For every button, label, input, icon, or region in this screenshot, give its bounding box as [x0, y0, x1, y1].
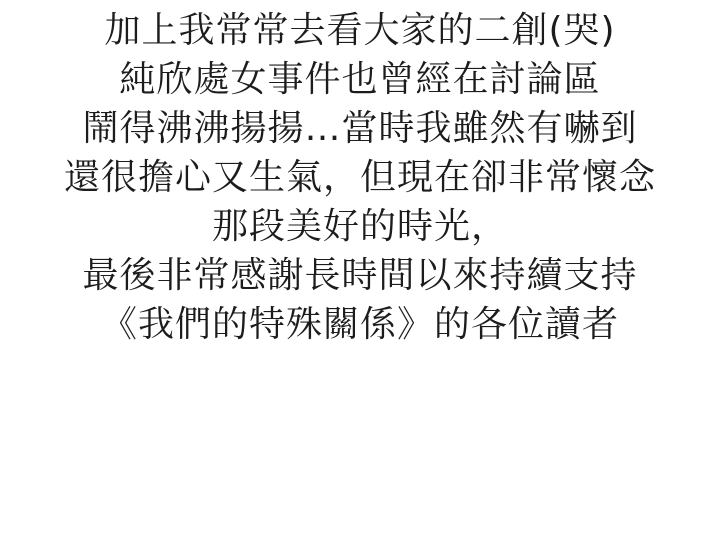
- afterword-line-3: 鬧得沸沸揚揚…當時我雖然有嚇到: [0, 104, 720, 153]
- afterword-line-6: 最後非常感謝長時間以來持續支持: [0, 251, 720, 300]
- afterword-line-2: 純欣處女事件也曾經在討論區: [0, 55, 720, 104]
- afterword-line-7: 《我們的特殊關係》的各位讀者: [0, 300, 720, 349]
- afterword-text-block: 加上我常常去看大家的二創(哭) 純欣處女事件也曾經在討論區 鬧得沸沸揚揚…當時我…: [0, 6, 720, 349]
- afterword-line-1: 加上我常常去看大家的二創(哭): [0, 6, 720, 55]
- afterword-line-5: 那段美好的時光，: [0, 202, 720, 251]
- afterword-line-4: 還很擔心又生氣，但現在卻非常懷念: [0, 153, 720, 202]
- afterword-page: 加上我常常去看大家的二創(哭) 純欣處女事件也曾經在討論區 鬧得沸沸揚揚…當時我…: [0, 0, 720, 544]
